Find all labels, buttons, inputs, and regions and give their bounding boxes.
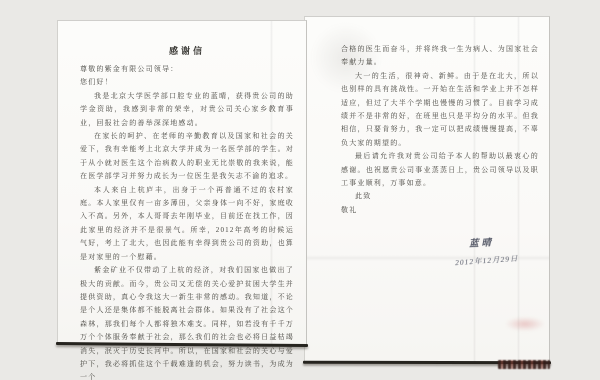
letter-paragraph: 我是北京大学医学部口腔专业的蓝晴，获得贵公司的助学金资助，我感到非常的荣幸，对贵… bbox=[80, 90, 294, 130]
page1-content: 感谢信 尊敬的紫金有限公司领导： 您们好！ 我是北京大学医学部口腔专业的蓝晴，获… bbox=[58, 21, 306, 344]
handwritten-date: 2012年12月29日 bbox=[455, 253, 519, 268]
letter-greeting: 您们好！ bbox=[80, 76, 294, 89]
signature-block: 蓝晴 2012年12月29日 bbox=[341, 235, 539, 283]
letter-page-2: 合格的医生而奋斗，并将终我一生为病人、为国家社会奉献力量。 大一的生活，很神奇、… bbox=[304, 16, 550, 362]
letter-paragraph: 最后请允许我对贵公司给予本人的帮助以最衷心的感谢。也祝愿贵公司事业蒸蒸日上，贵公… bbox=[341, 150, 539, 190]
letter-title: 感谢信 bbox=[80, 43, 294, 59]
letter-paragraph: 本人来自上杭庐丰，出身于一个再普通不过的农村家庭。本人家里仅有一亩多薄田，父亲身… bbox=[80, 184, 294, 264]
letter-salutation: 尊敬的紫金有限公司领导： bbox=[80, 63, 294, 76]
scan-canvas: 感谢信 尊敬的紫金有限公司领导： 您们好！ 我是北京大学医学部口腔专业的蓝晴，获… bbox=[0, 0, 600, 380]
page2-content: 合格的医生而奋斗，并将终我一生为病人、为国家社会奉献力量。 大一的生活，很神奇、… bbox=[305, 17, 549, 362]
letter-page-1: 感谢信 尊敬的紫金有限公司领导： 您们好！ 我是北京大学医学部口腔专业的蓝晴，获… bbox=[57, 20, 307, 344]
closing-salute: 此致 bbox=[341, 190, 539, 203]
closing-regard: 敬礼 bbox=[341, 204, 539, 217]
letter-paragraph: 合格的医生而奋斗，并将终我一生为病人、为国家社会奉献力量。 bbox=[341, 43, 539, 70]
letter-paragraph: 大一的生活，很神奇、新鲜。由于是在北大，所以也别样的具有挑战性。一开始在生活和学… bbox=[341, 70, 539, 150]
letter-paragraph: 在家长的呵护、在老师的辛勤教育以及国家和社会的关爱下，我有幸能考上北京大学并成为… bbox=[80, 130, 294, 184]
letter-paragraph: 紫金矿业不仅带动了上杭的经济，对我们国家也做出了极大的贡献。而今，贵公司又无偿的… bbox=[80, 264, 294, 380]
handwritten-signature: 蓝晴 bbox=[469, 235, 495, 250]
corner-watermark bbox=[498, 360, 550, 369]
